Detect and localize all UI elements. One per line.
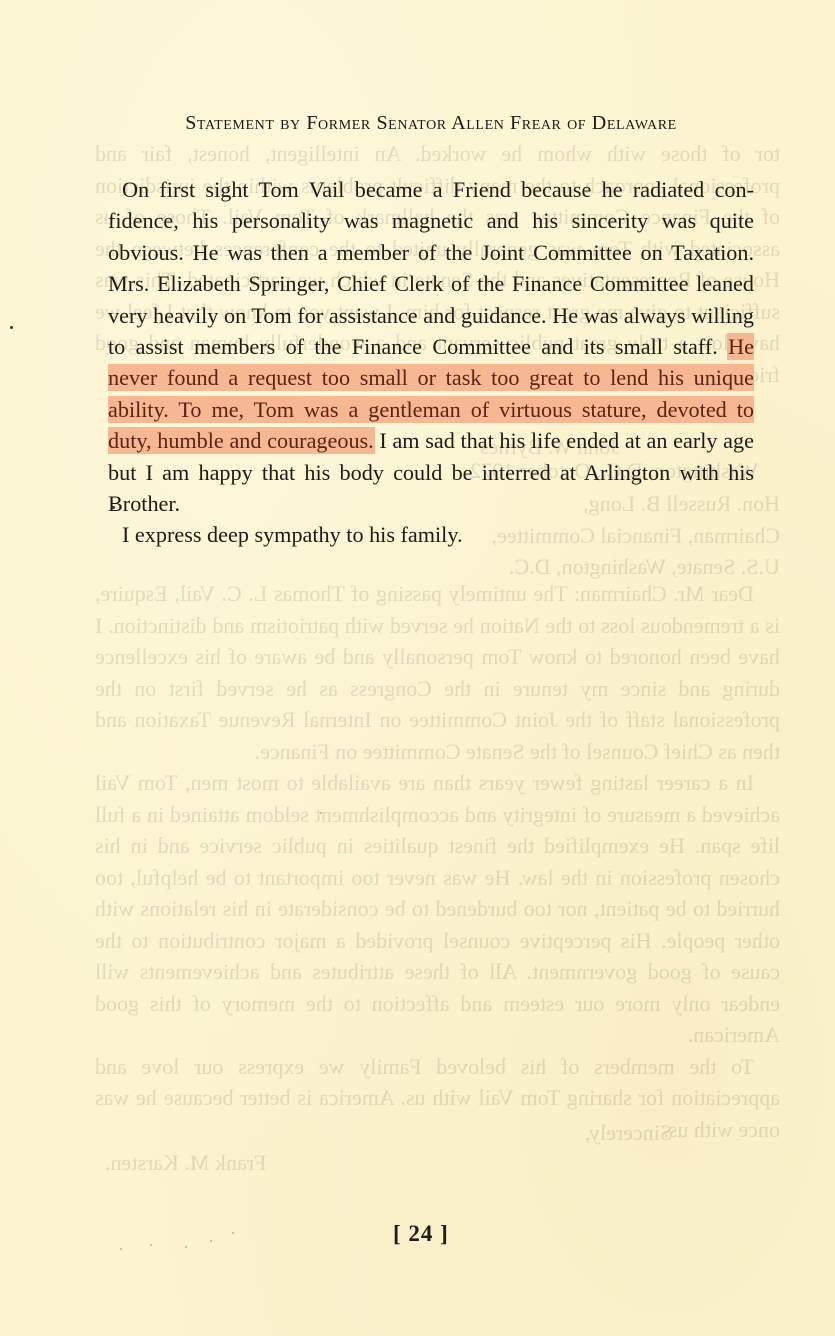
- paragraph-1-text-before: On first sight Tom Vail became a Friend …: [108, 177, 754, 359]
- bleed-through-signature: Frank M. Karsten.: [105, 1150, 266, 1176]
- bleed-through-closing: Sincerely,: [585, 1120, 672, 1146]
- statement-heading: Statement by Former Senator Allen Frear …: [108, 112, 754, 135]
- scan-speck: [232, 1232, 234, 1234]
- paragraph-2: I express deep sympathy to his family.: [108, 519, 754, 550]
- document-page: Statement by Former Senator Allen Frear …: [108, 112, 754, 551]
- bleed-address-line: U.S. Senate, Washington, D.C.: [95, 551, 780, 583]
- scan-speck: [112, 506, 115, 509]
- scan-speck: [10, 326, 13, 329]
- scan-speck: [150, 1244, 152, 1246]
- page-number: [ 24 ]: [393, 1221, 449, 1247]
- paragraph-1: On first sight Tom Vail became a Friend …: [108, 174, 754, 519]
- bleed-paragraph: To the members of his beloved Family we …: [95, 1051, 780, 1146]
- statement-body: On first sight Tom Vail became a Friend …: [108, 174, 754, 551]
- bleed-through-letter: Dear Mr. Chairman: The untimely passing …: [95, 578, 780, 1145]
- scan-speck: [120, 1248, 122, 1250]
- scan-speck: [320, 812, 322, 814]
- scan-speck: [185, 1246, 187, 1248]
- scan-speck: [210, 1240, 212, 1242]
- bleed-paragraph: Dear Mr. Chairman: The untimely passing …: [95, 578, 780, 767]
- bleed-paragraph: In a career lasting fewer years than are…: [95, 767, 780, 1051]
